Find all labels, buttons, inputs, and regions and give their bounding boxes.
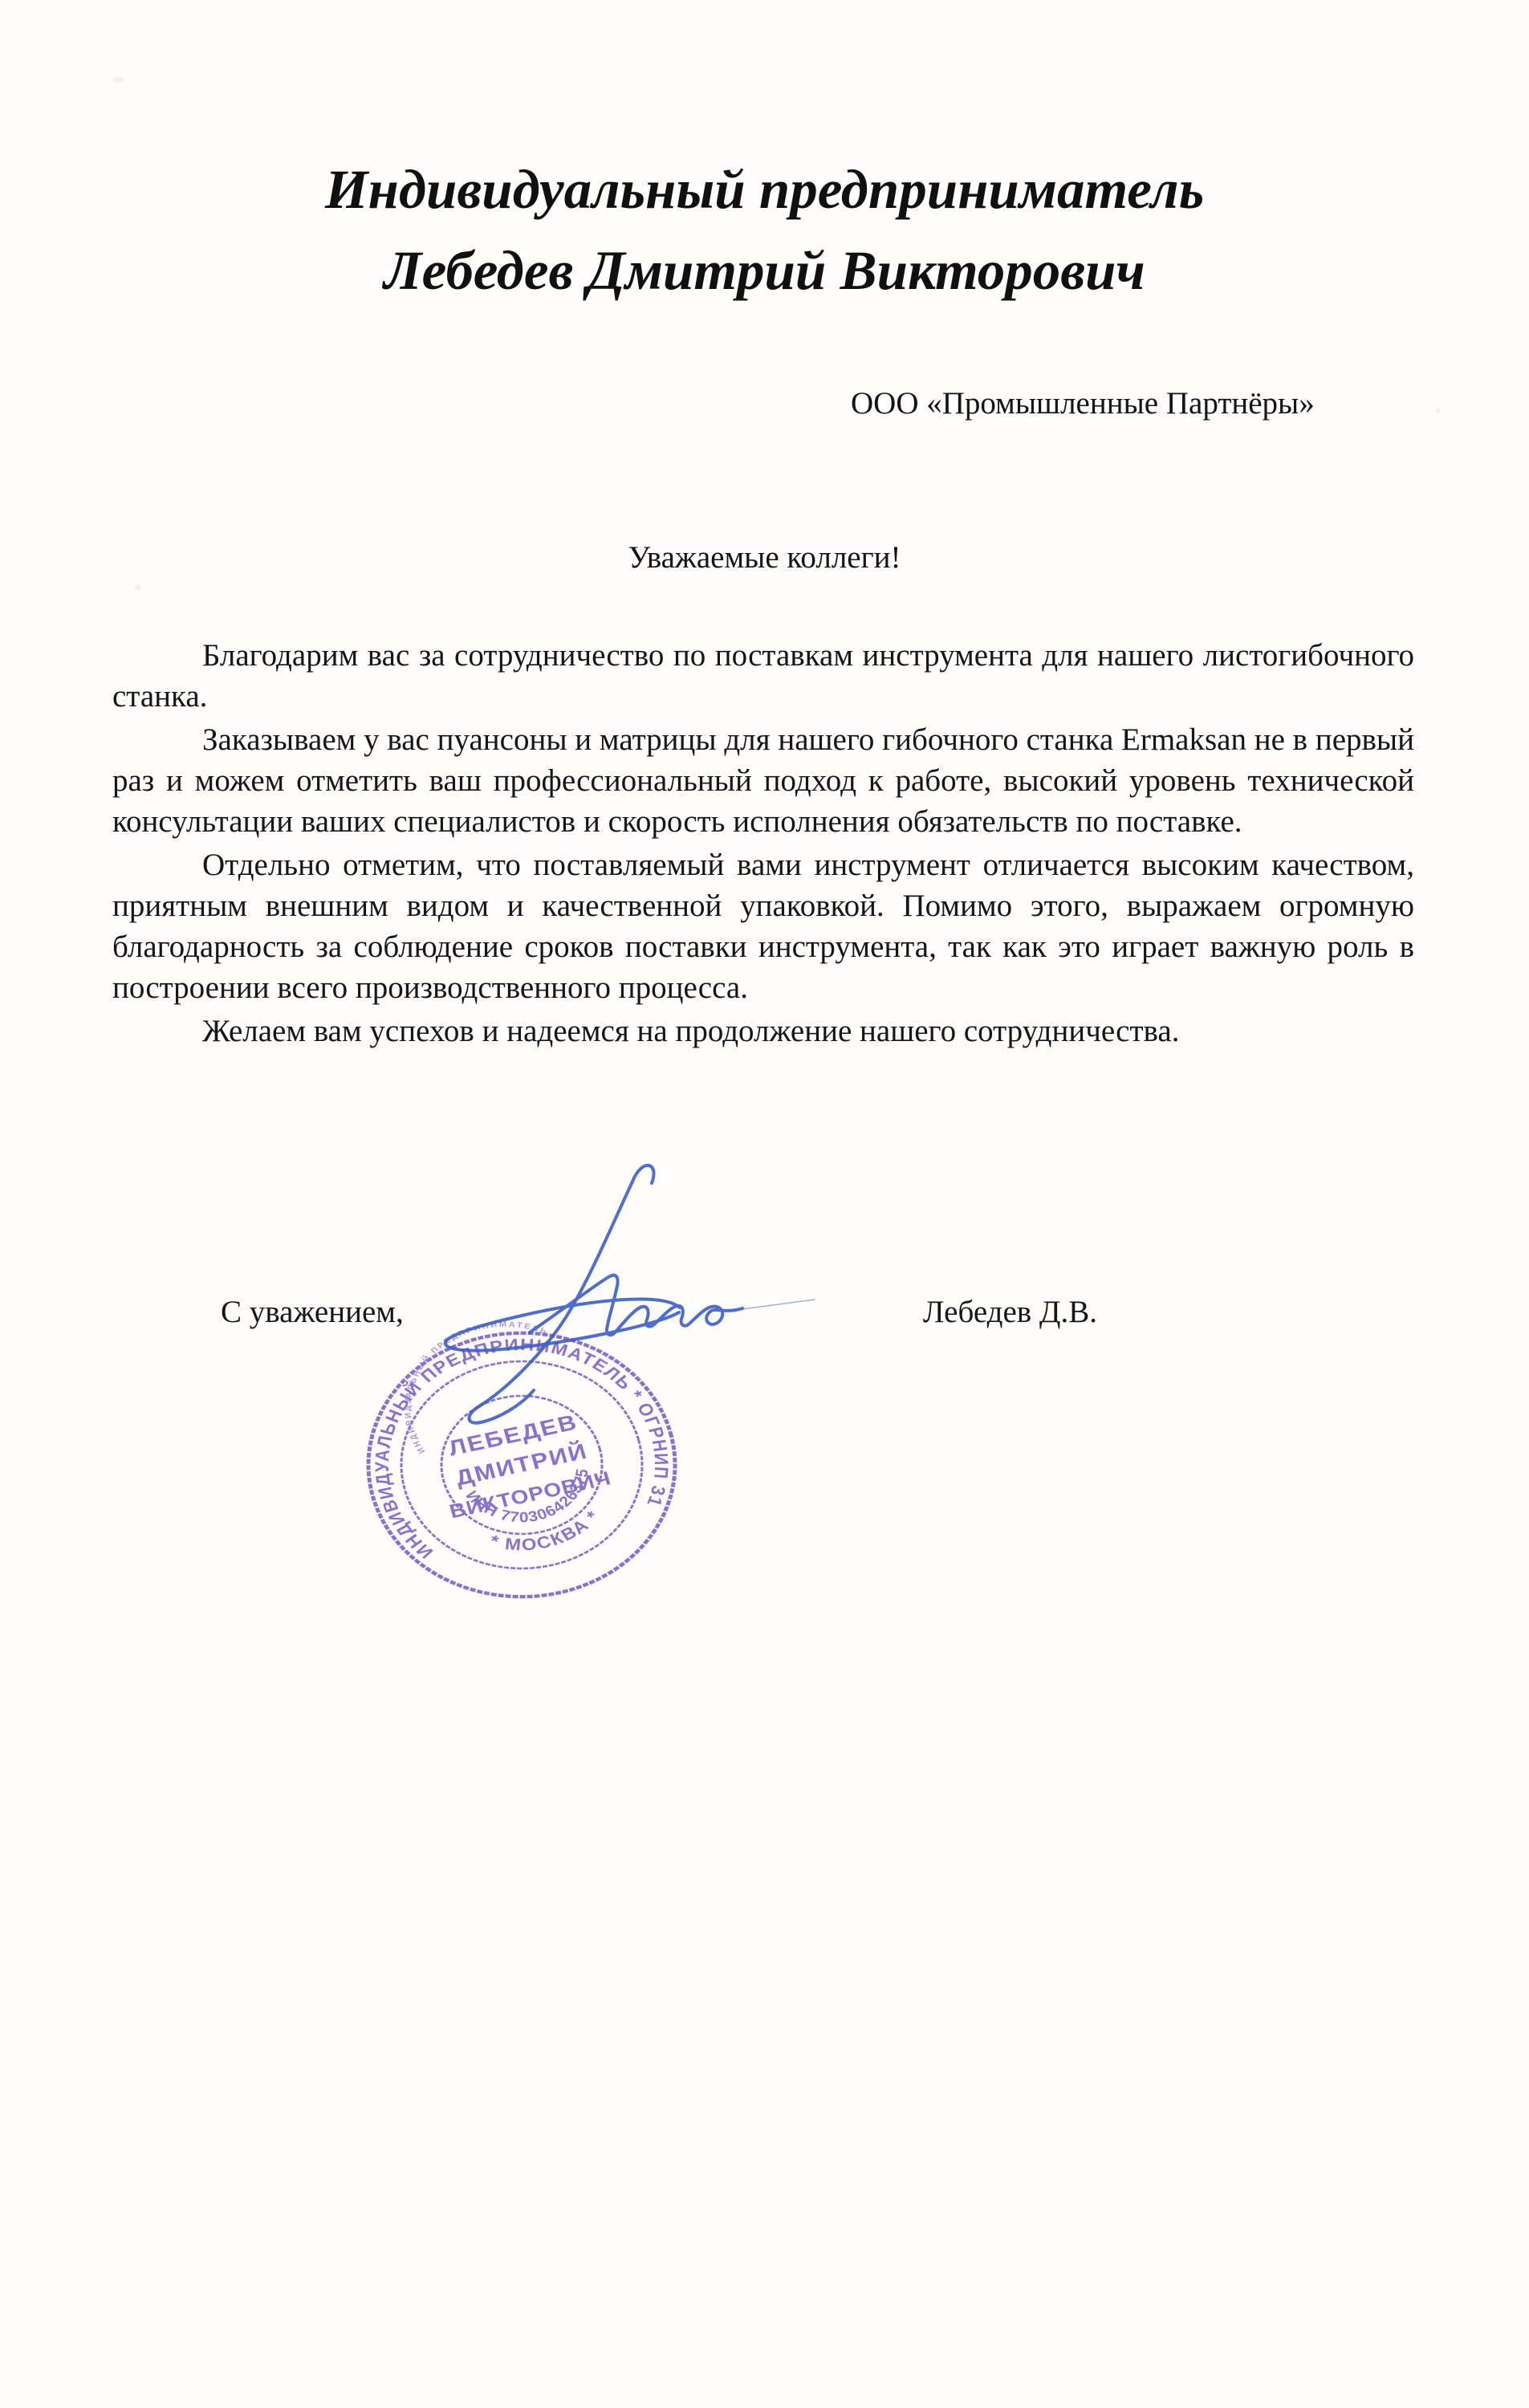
recipient-line: ООО «Промышленные Партнёры» [851, 385, 1315, 421]
salutation: Уважаемые коллеги! [0, 539, 1529, 576]
signer-name: Лебедев Д.В. [923, 1294, 1097, 1330]
letterhead-line1: Индивидуальный предприниматель [0, 149, 1529, 230]
letterhead: Индивидуальный предприниматель Лебедев Д… [0, 149, 1529, 311]
paragraph: Заказываем у вас пуансоны и матрицы для … [112, 719, 1414, 842]
paragraph: Желаем вам успехов и надеемся на продолж… [112, 1011, 1414, 1051]
paragraph: Отдельно отметим, что поставляемый вами … [112, 844, 1414, 1008]
scan-speck [135, 584, 141, 591]
scan-speck [112, 76, 124, 83]
signature-image [401, 1148, 851, 1437]
scan-speck [1435, 408, 1441, 413]
signature-stroke-tail [742, 1300, 815, 1309]
letterhead-line2: Лебедев Дмитрий Викторович [0, 230, 1529, 311]
letter-body: Благодарим вас за сотрудничество по пост… [112, 635, 1414, 1054]
paragraph: Благодарим вас за сотрудничество по пост… [112, 635, 1414, 717]
signature-stroke-main [469, 1165, 653, 1423]
letter-page: Индивидуальный предприниматель Лебедев Д… [0, 0, 1529, 2408]
